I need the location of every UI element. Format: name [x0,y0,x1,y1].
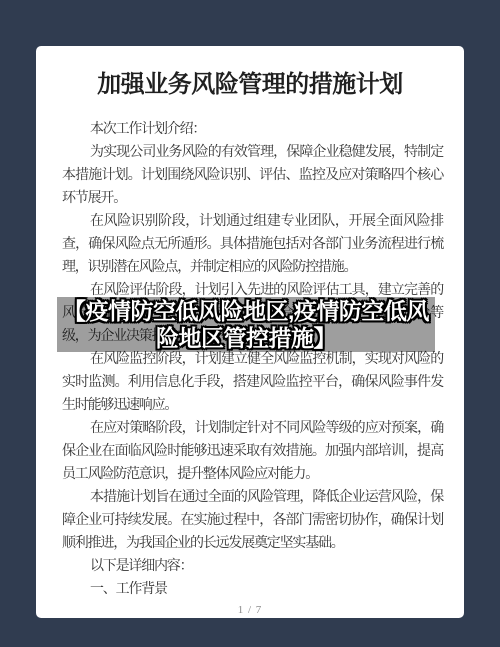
watermark-text-line-1: 【疫情防空低风险地区,疫情防空低风 [63,298,429,325]
paragraph-summary: 本措施计划旨在通过全面的风险管理，降低企业运营风险，保障企业可持续发展。在实施过… [62,486,443,555]
paragraph-risk-monitoring: 在风险监控阶段，计划建立健全风险监控机制，实现对风险的实时监测。利用信息化手段，… [62,348,443,417]
paragraph-overview: 为实现公司业务风险的有效管理，保障企业稳健发展，特制定本措施计划。计划围绕风险识… [62,141,443,210]
watermark-text-line-2: 险地区管控措施】 [156,325,336,352]
document-viewer-canvas: 加强业务风险管理的措施计划 本次工作计划介绍： 为实现公司业务风险的有效管理，保… [0,0,500,647]
paragraph-risk-identification: 在风险识别阶段，计划通过组建专业团队，开展全面风险排查，确保风险点无所遁形。具体… [62,210,443,279]
section-heading-background: 一、工作背景 [62,578,443,601]
document-title: 加强业务风险管理的措施计划 [0,64,500,99]
paragraph-intro: 本次工作计划介绍： [62,118,443,141]
watermark-overlay: 【疫情防空低风险地区,疫情防空低风 险地区管控措施】 [57,297,435,352]
paragraph-details-lead-in: 以下是详细内容： [62,555,443,578]
page-number-indicator: 1 / 7 [0,604,500,616]
document-body: 本次工作计划介绍： 为实现公司业务风险的有效管理，保障企业稳健发展，特制定本措施… [62,118,443,601]
paragraph-response-strategy: 在应对策略阶段，计划制定针对不同风险等级的应对预案，确保企业在面临风险时能够迅速… [62,417,443,486]
